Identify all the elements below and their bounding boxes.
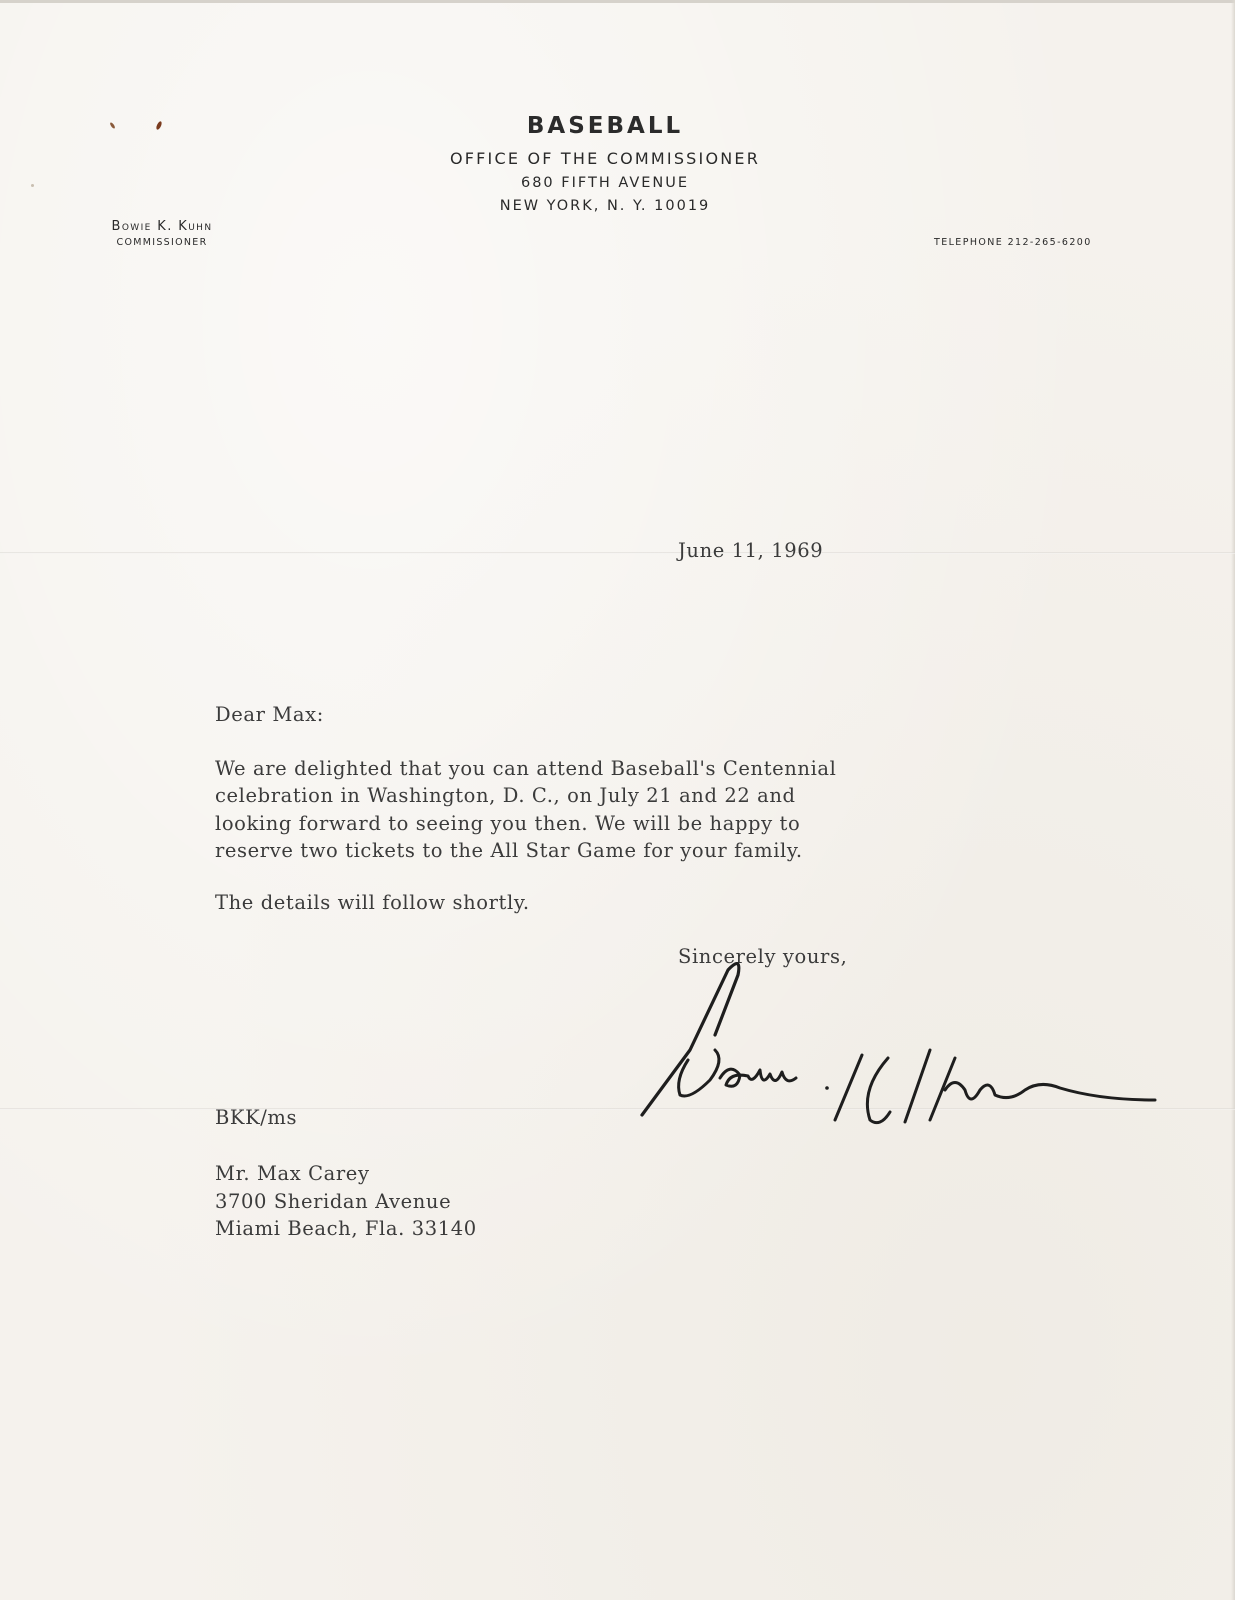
- letterhead-sender-title: COMMISSIONER: [88, 237, 236, 248]
- letterhead-street: 680 FIFTH AVENUE: [400, 175, 810, 191]
- paper-edge-right: [1231, 0, 1235, 1600]
- stain-mark: [155, 121, 162, 131]
- letter-salutation: Dear Max:: [215, 703, 324, 726]
- letterhead-telephone: TELEPHONE 212-265-6200: [934, 237, 1092, 248]
- letter-paragraph-1: We are delighted that you can attend Bas…: [215, 755, 837, 864]
- fold-crease-upper: [0, 552, 1235, 554]
- letter-page: BASEBALL OFFICE OF THE COMMISSIONER 680 …: [0, 0, 1235, 1600]
- stain-mark: [109, 122, 115, 129]
- paragraph-line: We are delighted that you can attend Bas…: [215, 755, 837, 782]
- paragraph-line: looking forward to seeing you then. We w…: [215, 810, 837, 837]
- letterhead-organization: BASEBALL: [400, 113, 810, 139]
- recipient-city: Miami Beach, Fla. 33140: [215, 1215, 477, 1243]
- letterhead-city: NEW YORK, N. Y. 10019: [400, 198, 810, 214]
- paragraph-line: celebration in Washington, D. C., on Jul…: [215, 782, 837, 809]
- letter-date: June 11, 1969: [678, 539, 823, 562]
- recipient-address: Mr. Max Carey 3700 Sheridan Avenue Miami…: [215, 1160, 477, 1243]
- handwritten-signature: [630, 950, 1160, 1130]
- letterhead-sender-name: Bowie K. Kuhn: [88, 219, 236, 234]
- paragraph-line: reserve two tickets to the All Star Game…: [215, 837, 837, 864]
- letterhead-office: OFFICE OF THE COMMISSIONER: [400, 149, 810, 168]
- letter-paragraph-2: The details will follow shortly.: [215, 891, 530, 914]
- reference-initials: BKK/ms: [215, 1106, 297, 1129]
- recipient-name: Mr. Max Carey: [215, 1160, 477, 1188]
- recipient-street: 3700 Sheridan Avenue: [215, 1188, 477, 1216]
- stain-mark: [31, 184, 34, 187]
- paper-edge-top: [0, 0, 1235, 3]
